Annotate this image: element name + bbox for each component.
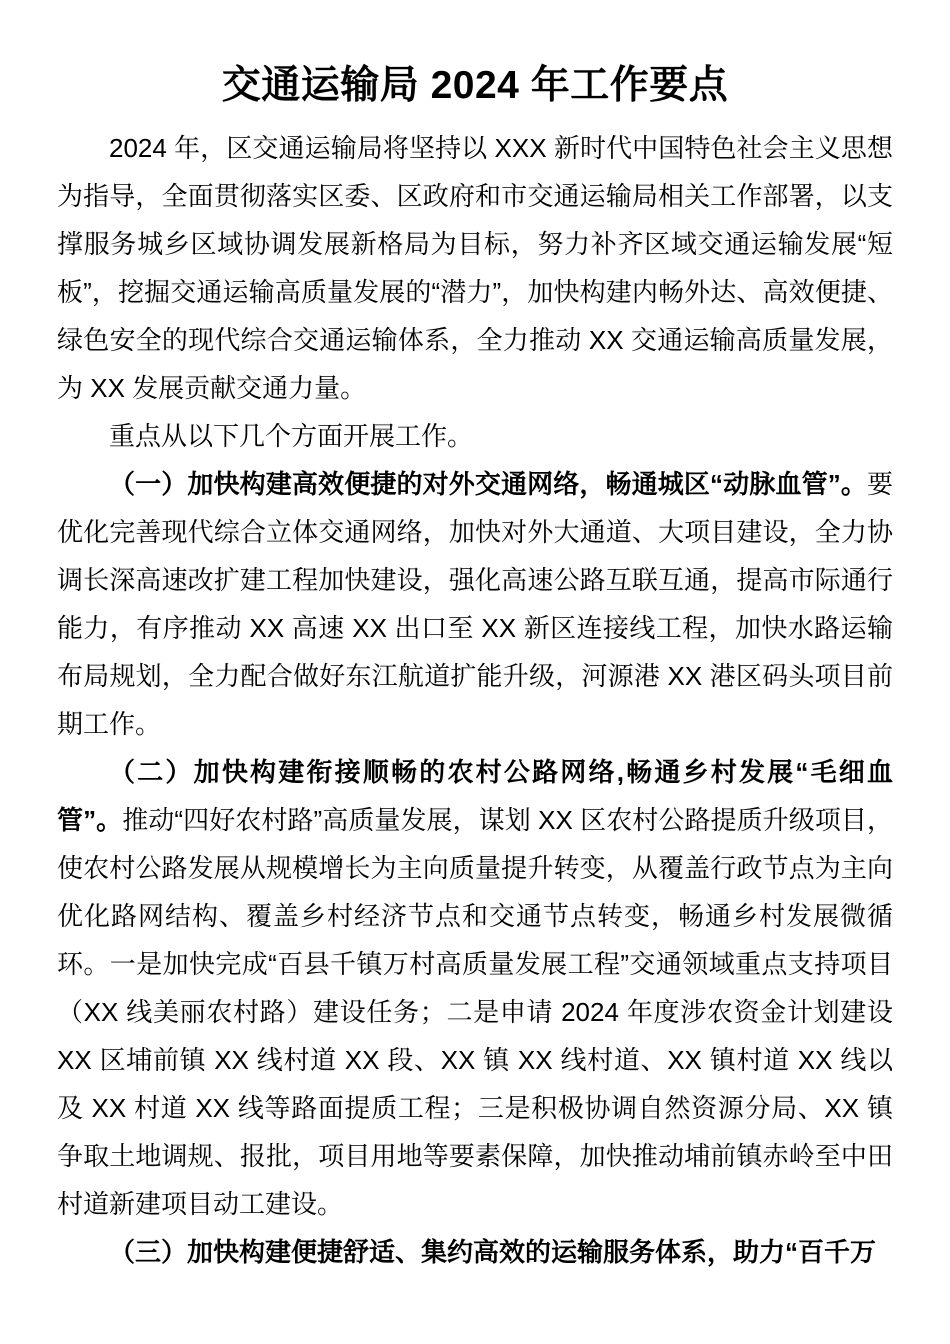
paragraph: 重点从以下几个方面开展工作。 (57, 412, 893, 460)
paragraph: （一）加快构建高效便捷的对外交通网络，畅通城区“动脉血管”。要优化完善现代综合立… (57, 460, 893, 748)
document-title: 交通运输局 2024 年工作要点 (57, 58, 893, 114)
paragraph: （三）加快构建便捷舒适、集约高效的运输服务体系，助力“百千万 (57, 1228, 893, 1276)
paragraph-text: 推动“四好农村路”高质量发展，谋划 XX 区农村公路提质升级项目，使农村公路发展… (57, 805, 893, 1219)
paragraph-text: 2024 年，区交通运输局将坚持以 XXX 新时代中国特色社会主义思想为指导，全… (57, 133, 893, 403)
document-body: 2024 年，区交通运输局将坚持以 XXX 新时代中国特色社会主义思想为指导，全… (57, 124, 893, 1276)
paragraph-lead-heading: （三）加快构建便捷舒适、集约高效的运输服务体系，助力“百千万 (109, 1237, 876, 1267)
document-page: 交通运输局 2024 年工作要点 2024 年，区交通运输局将坚持以 XXX 新… (0, 0, 950, 1344)
paragraph-text: 重点从以下几个方面开展工作。 (109, 421, 473, 451)
paragraph-text: 要优化完善现代综合立体交通网络，加快对外大通道、大项目建设，全力协调长深高速改扩… (57, 469, 893, 739)
paragraph: （二）加快构建衔接顺畅的农村公路网络,畅通乡村发展“毛细血管”。推动“四好农村路… (57, 748, 893, 1228)
paragraph: 2024 年，区交通运输局将坚持以 XXX 新时代中国特色社会主义思想为指导，全… (57, 124, 893, 412)
paragraph-lead-heading: （一）加快构建高效便捷的对外交通网络，畅通城区“动脉血管”。 (109, 469, 867, 499)
